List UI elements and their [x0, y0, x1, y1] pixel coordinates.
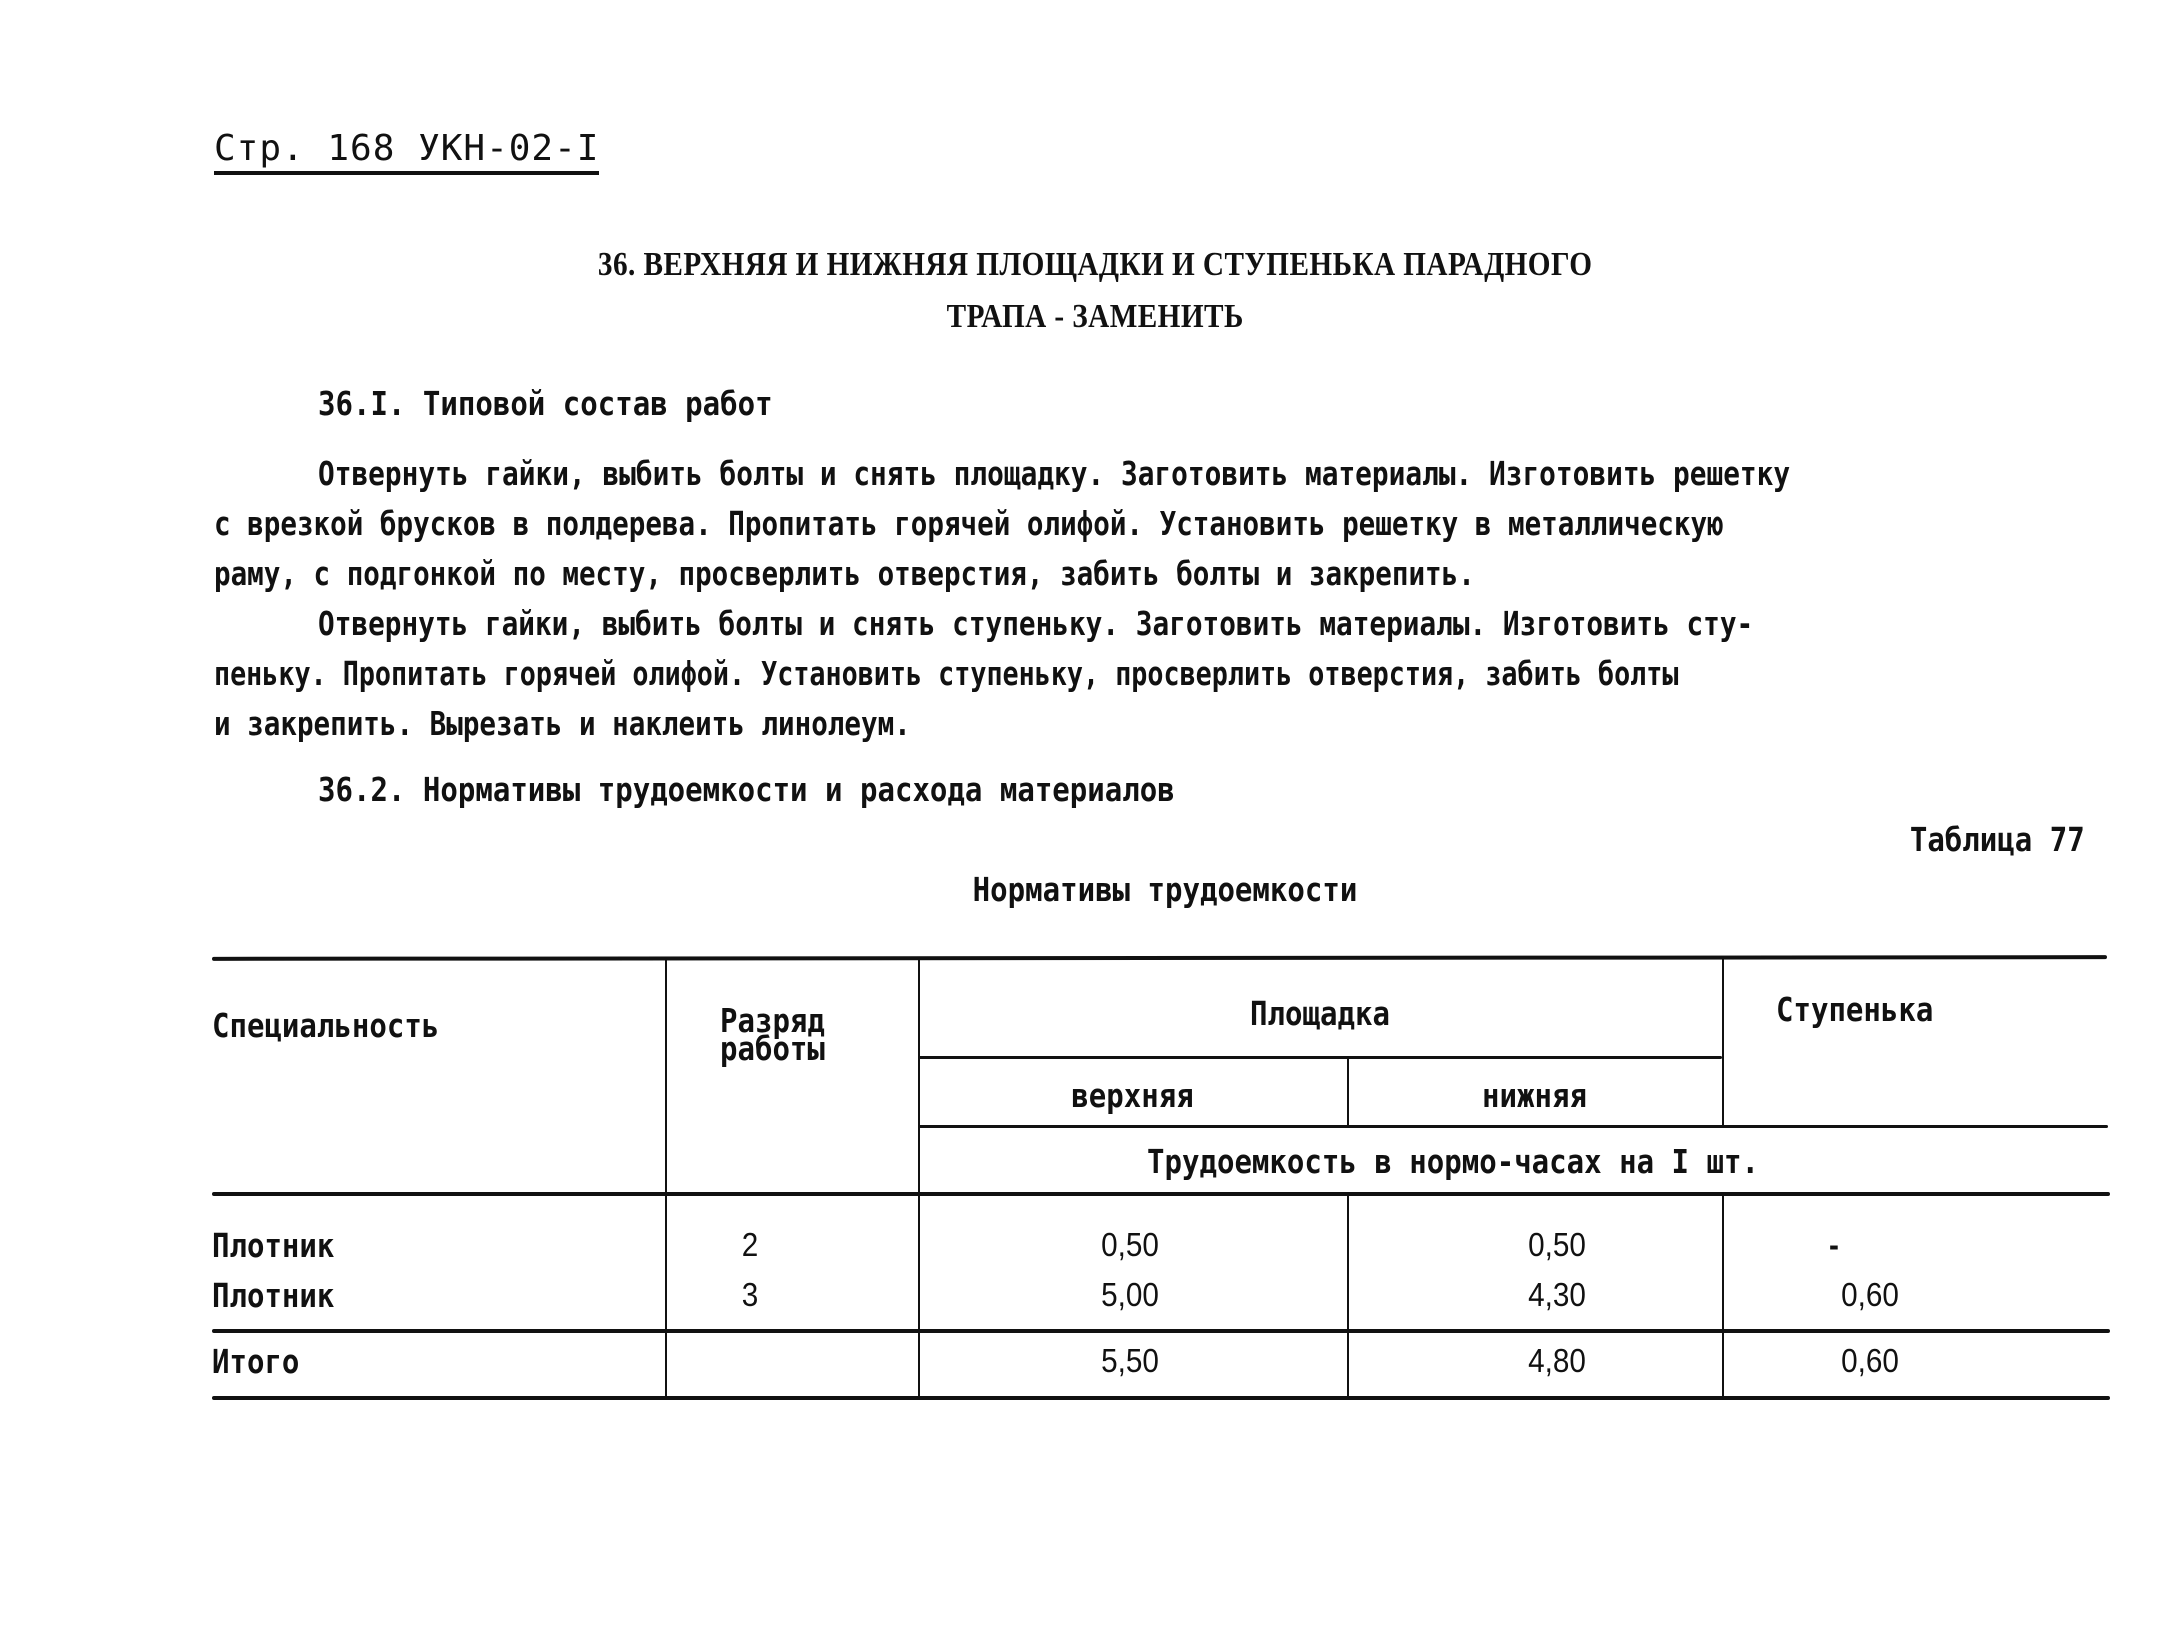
- total-lower: 4,80: [1503, 1342, 1611, 1380]
- header-specialty: Специальность: [212, 1006, 439, 1045]
- document-title-line-1: 36. ВЕРХНЯЯ И НИЖНЯЯ ПЛОЩАДКИ И СТУПЕНЬК…: [157, 246, 2033, 284]
- total-step: 0,60: [1816, 1342, 1924, 1380]
- col-divider-2: [918, 958, 920, 1398]
- col-divider-1: [665, 958, 667, 1398]
- row1-grade: 2: [705, 1226, 795, 1264]
- row2-step: 0,60: [1816, 1276, 1924, 1314]
- subheader-bottom-rule: [918, 1125, 2108, 1128]
- row2-grade: 3: [705, 1276, 795, 1314]
- row1-step: -: [1789, 1226, 1879, 1264]
- header-platform: Площадка: [966, 994, 1674, 1033]
- total-upper: 5,50: [1076, 1342, 1184, 1380]
- row2-upper: 5,00: [1076, 1276, 1184, 1314]
- paragraph1-line1: Отвернуть гайки, выбить болты и снять пл…: [318, 454, 1790, 493]
- paragraph1-line3: раму, с подгонкой по месту, просверлить …: [214, 554, 1475, 593]
- row2-lower: 4,30: [1503, 1276, 1611, 1314]
- col-divider-3-sub: [1347, 1058, 1349, 1126]
- header-grade-line2: работы: [720, 1034, 825, 1064]
- total-label: Итого: [212, 1342, 299, 1381]
- section-heading-norms: 36.2. Нормативы трудоемкости и расхода м…: [318, 770, 1175, 809]
- page-reference: Стр. 168 УКН-02-I: [214, 128, 599, 175]
- table-bottom-rule: [212, 1396, 2110, 1400]
- header-lower: нижняя: [1370, 1076, 1700, 1115]
- paragraph2-line3: и закрепить. Вырезать и наклеить линолеу…: [214, 704, 911, 743]
- row1-upper: 0,50: [1076, 1226, 1184, 1264]
- row1-specialty: Плотник: [212, 1226, 334, 1265]
- document-title-line-2: ТРАПА - ЗАМЕНИТЬ: [157, 298, 2033, 336]
- table-top-rule: [212, 955, 2107, 961]
- header-bottom-rule: [212, 1192, 2110, 1196]
- col-divider-3: [1347, 1194, 1349, 1398]
- total-top-rule: [212, 1329, 2110, 1333]
- paragraph1-line2: с врезкой брусков в полдерева. Пропитать…: [214, 504, 1724, 543]
- row2-specialty: Плотник: [212, 1276, 334, 1315]
- col-divider-4-header: [1722, 958, 1724, 1126]
- table-number: Таблица 77: [1910, 820, 2085, 859]
- paragraph2-line2: пеньку. Пропитать горячей олифой. Устано…: [214, 654, 1678, 693]
- header-upper: верхняя: [944, 1076, 1322, 1115]
- header-step: Ступенька: [1776, 990, 1933, 1029]
- col-divider-4: [1722, 1194, 1724, 1398]
- row1-lower: 0,50: [1503, 1226, 1611, 1264]
- platform-subheader-rule: [918, 1056, 1722, 1059]
- header-unit: Трудоемкость в нормо-часах на I шт.: [929, 1142, 1976, 1181]
- paragraph2-line1: Отвернуть гайки, выбить болты и снять ст…: [318, 604, 1753, 643]
- section-heading-typical-works: 36.I. Типовой состав работ: [318, 384, 773, 423]
- table-caption: Нормативы трудоемкости: [140, 870, 2181, 909]
